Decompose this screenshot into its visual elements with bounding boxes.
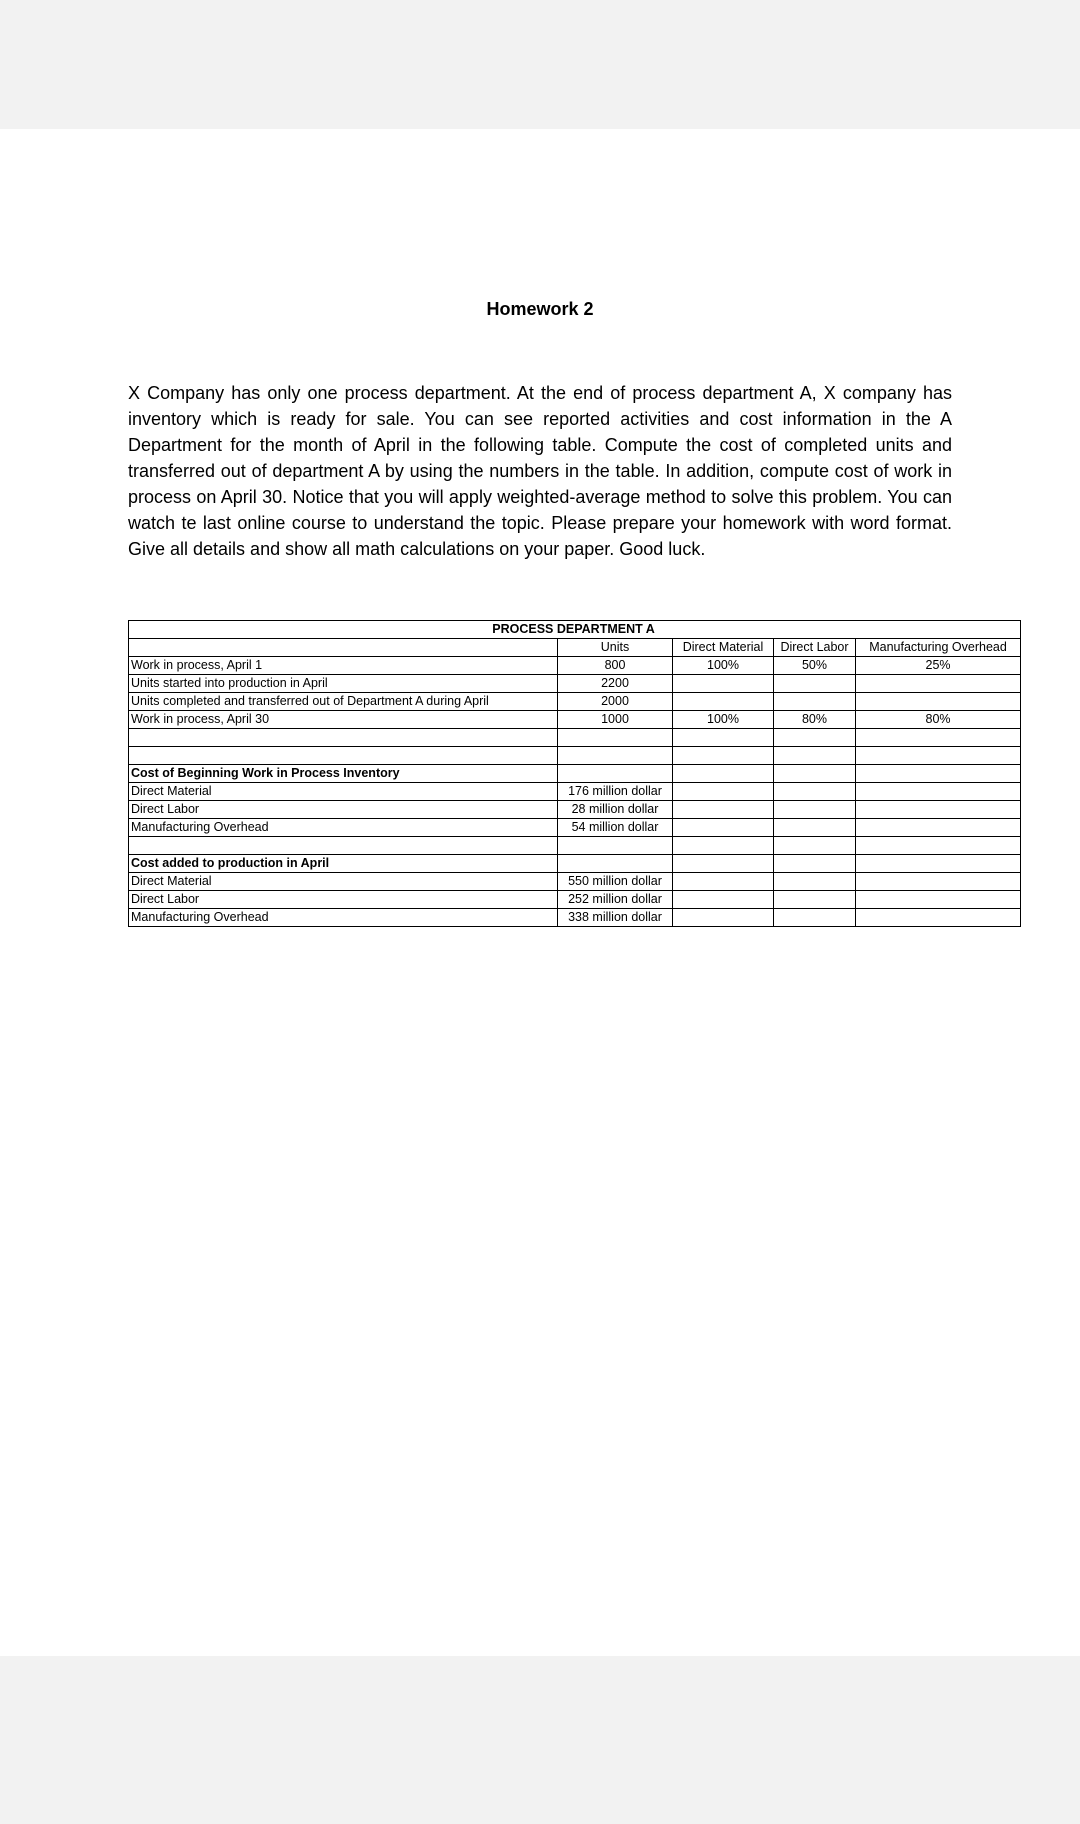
direct-labor-cell bbox=[774, 729, 856, 747]
direct-material-cell bbox=[673, 891, 774, 909]
direct-labor-cell bbox=[774, 675, 856, 693]
table-row: Cost of Beginning Work in Process Invent… bbox=[129, 765, 1021, 783]
units-cell: 54 million dollar bbox=[558, 819, 673, 837]
direct-labor-cell bbox=[774, 819, 856, 837]
table-title-row: PROCESS DEPARTMENT A bbox=[129, 621, 1021, 639]
manufacturing-overhead-cell bbox=[856, 801, 1021, 819]
manufacturing-overhead-cell bbox=[856, 729, 1021, 747]
table-row bbox=[129, 837, 1021, 855]
manufacturing-overhead-cell bbox=[856, 783, 1021, 801]
manufacturing-overhead-cell bbox=[856, 909, 1021, 927]
row-label: Units completed and transferred out of D… bbox=[129, 693, 558, 711]
row-label: Units started into production in April bbox=[129, 675, 558, 693]
direct-labor-cell bbox=[774, 837, 856, 855]
document-title: Homework 2 bbox=[0, 299, 1080, 320]
row-label: Cost added to production in April bbox=[129, 855, 558, 873]
units-cell bbox=[558, 765, 673, 783]
direct-labor-cell bbox=[774, 855, 856, 873]
units-cell: 550 million dollar bbox=[558, 873, 673, 891]
row-label: Manufacturing Overhead bbox=[129, 909, 558, 927]
units-cell: 2000 bbox=[558, 693, 673, 711]
row-label: Direct Material bbox=[129, 873, 558, 891]
row-label: Direct Material bbox=[129, 783, 558, 801]
table-header-row: Units Direct Material Direct Labor Manuf… bbox=[129, 639, 1021, 657]
header-direct-labor: Direct Labor bbox=[774, 639, 856, 657]
direct-labor-cell bbox=[774, 801, 856, 819]
table-row: Units started into production in April22… bbox=[129, 675, 1021, 693]
direct-labor-cell: 50% bbox=[774, 657, 856, 675]
units-cell: 2200 bbox=[558, 675, 673, 693]
table-row: Work in process, April 1800100%50%25% bbox=[129, 657, 1021, 675]
table-row bbox=[129, 747, 1021, 765]
direct-material-cell bbox=[673, 819, 774, 837]
units-cell: 252 million dollar bbox=[558, 891, 673, 909]
row-label: Cost of Beginning Work in Process Invent… bbox=[129, 765, 558, 783]
direct-material-cell bbox=[673, 675, 774, 693]
direct-labor-cell bbox=[774, 765, 856, 783]
direct-material-cell bbox=[673, 783, 774, 801]
table-row: Work in process, April 301000100%80%80% bbox=[129, 711, 1021, 729]
direct-material-cell bbox=[673, 873, 774, 891]
row-label: Work in process, April 1 bbox=[129, 657, 558, 675]
direct-material-cell bbox=[673, 729, 774, 747]
row-label: Manufacturing Overhead bbox=[129, 819, 558, 837]
units-cell bbox=[558, 837, 673, 855]
direct-material-cell: 100% bbox=[673, 711, 774, 729]
table-row: Cost added to production in April bbox=[129, 855, 1021, 873]
units-cell bbox=[558, 729, 673, 747]
manufacturing-overhead-cell bbox=[856, 837, 1021, 855]
row-label bbox=[129, 729, 558, 747]
direct-material-cell bbox=[673, 693, 774, 711]
units-cell: 28 million dollar bbox=[558, 801, 673, 819]
units-cell bbox=[558, 855, 673, 873]
direct-labor-cell: 80% bbox=[774, 711, 856, 729]
manufacturing-overhead-cell: 80% bbox=[856, 711, 1021, 729]
manufacturing-overhead-cell bbox=[856, 693, 1021, 711]
table-row: Units completed and transferred out of D… bbox=[129, 693, 1021, 711]
table-row: Direct Material176 million dollar bbox=[129, 783, 1021, 801]
header-units: Units bbox=[558, 639, 673, 657]
direct-labor-cell bbox=[774, 891, 856, 909]
table-row bbox=[129, 729, 1021, 747]
assignment-paragraph: X Company has only one process departmen… bbox=[128, 380, 952, 562]
manufacturing-overhead-cell bbox=[856, 747, 1021, 765]
direct-material-cell bbox=[673, 747, 774, 765]
process-department-table: PROCESS DEPARTMENT A Units Direct Materi… bbox=[128, 620, 1021, 927]
direct-material-cell bbox=[673, 837, 774, 855]
header-direct-material: Direct Material bbox=[673, 639, 774, 657]
units-cell: 176 million dollar bbox=[558, 783, 673, 801]
units-cell: 1000 bbox=[558, 711, 673, 729]
table-row: Direct Material550 million dollar bbox=[129, 873, 1021, 891]
units-cell bbox=[558, 747, 673, 765]
direct-labor-cell bbox=[774, 747, 856, 765]
row-label: Work in process, April 30 bbox=[129, 711, 558, 729]
direct-labor-cell bbox=[774, 693, 856, 711]
direct-labor-cell bbox=[774, 909, 856, 927]
units-cell: 338 million dollar bbox=[558, 909, 673, 927]
manufacturing-overhead-cell bbox=[856, 765, 1021, 783]
manufacturing-overhead-cell bbox=[856, 855, 1021, 873]
table-row: Direct Labor252 million dollar bbox=[129, 891, 1021, 909]
direct-labor-cell bbox=[774, 783, 856, 801]
manufacturing-overhead-cell: 25% bbox=[856, 657, 1021, 675]
direct-material-cell bbox=[673, 909, 774, 927]
direct-material-cell bbox=[673, 855, 774, 873]
header-cell bbox=[129, 639, 558, 657]
row-label bbox=[129, 747, 558, 765]
direct-material-cell bbox=[673, 765, 774, 783]
units-cell: 800 bbox=[558, 657, 673, 675]
document-page: Homework 2 X Company has only one proces… bbox=[0, 129, 1080, 1656]
manufacturing-overhead-cell bbox=[856, 675, 1021, 693]
manufacturing-overhead-cell bbox=[856, 891, 1021, 909]
direct-material-cell bbox=[673, 801, 774, 819]
manufacturing-overhead-cell bbox=[856, 873, 1021, 891]
direct-material-cell: 100% bbox=[673, 657, 774, 675]
table-row: Manufacturing Overhead338 million dollar bbox=[129, 909, 1021, 927]
row-label bbox=[129, 837, 558, 855]
row-label: Direct Labor bbox=[129, 801, 558, 819]
header-manufacturing-overhead: Manufacturing Overhead bbox=[856, 639, 1021, 657]
row-label: Direct Labor bbox=[129, 891, 558, 909]
table-row: Manufacturing Overhead54 million dollar bbox=[129, 819, 1021, 837]
direct-labor-cell bbox=[774, 873, 856, 891]
manufacturing-overhead-cell bbox=[856, 819, 1021, 837]
table-row: Direct Labor28 million dollar bbox=[129, 801, 1021, 819]
table-title: PROCESS DEPARTMENT A bbox=[129, 621, 1021, 639]
